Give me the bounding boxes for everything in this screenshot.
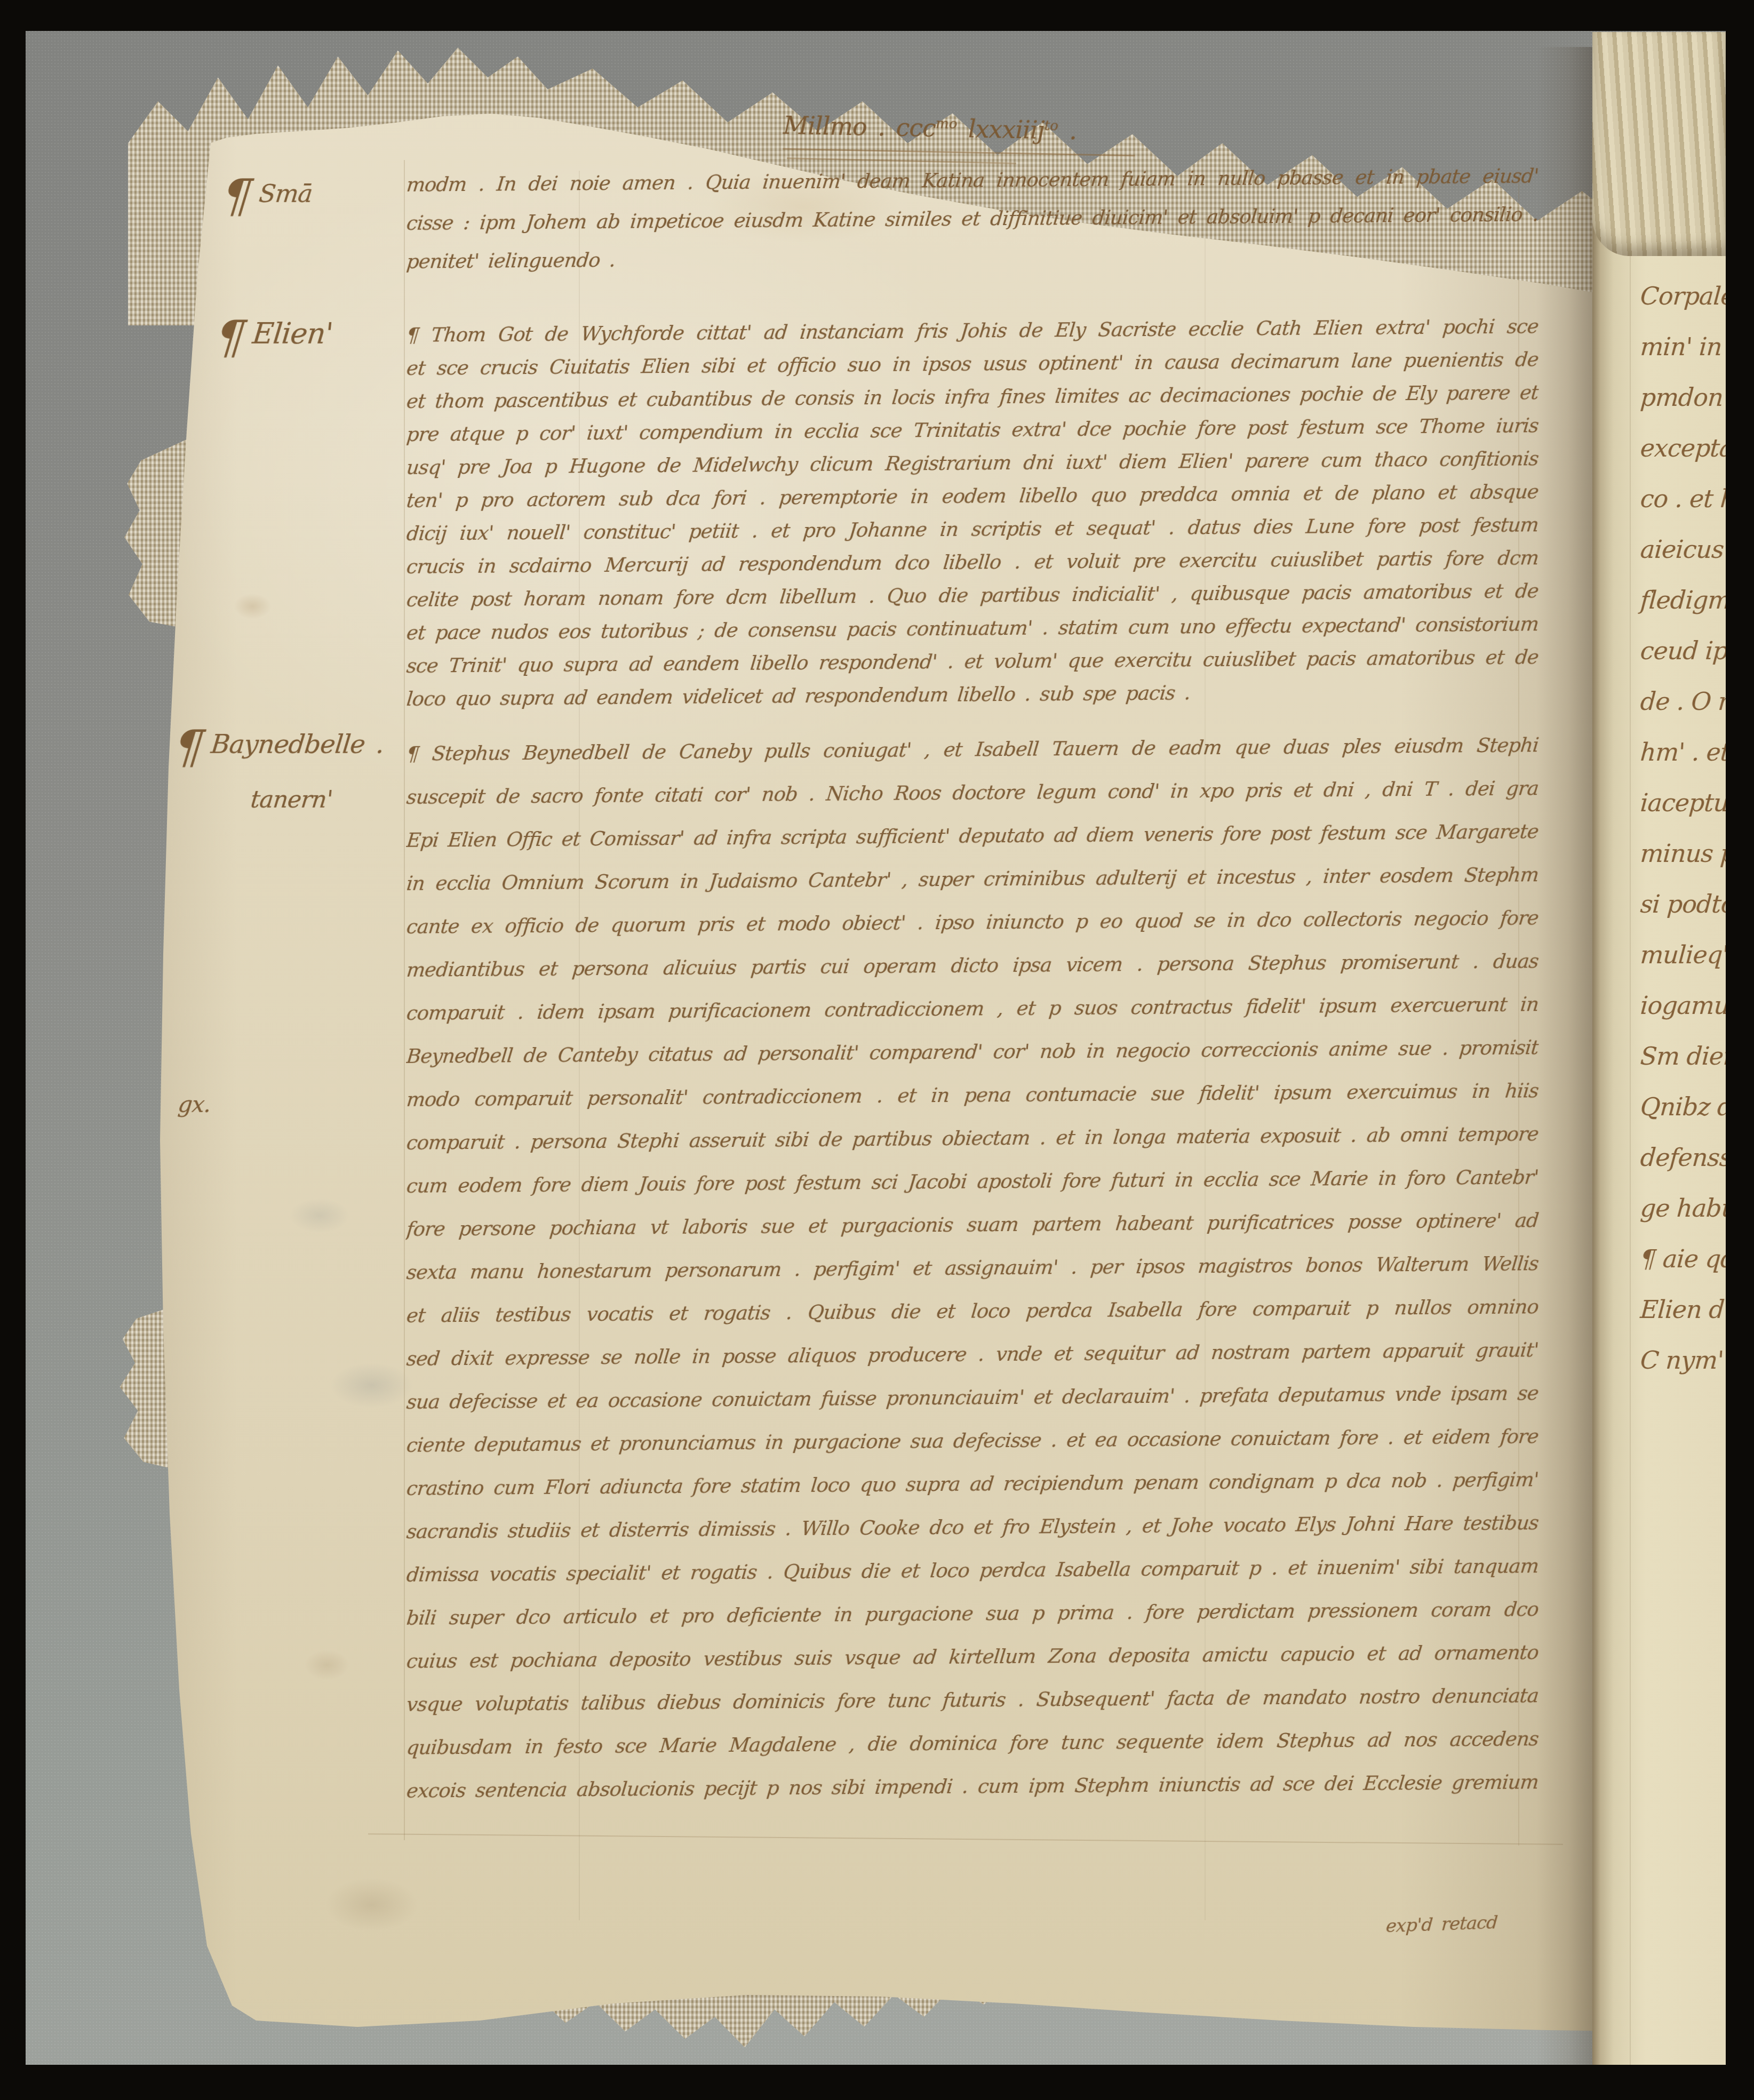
vertical-crease-left xyxy=(579,171,580,1920)
facing-page-line: Corpale xyxy=(1639,282,1726,310)
facing-page-line: pmdon xyxy=(1639,383,1726,412)
facing-page-line: minus ps xyxy=(1639,839,1726,868)
facing-page-crease xyxy=(1630,47,1631,2065)
facing-page-line: Elien d xyxy=(1639,1295,1726,1324)
facing-page-curled-edge xyxy=(1592,32,1726,256)
facing-page-line: Sm diem xyxy=(1639,1042,1726,1071)
facing-page-line: ge habuit xyxy=(1639,1194,1726,1223)
facing-page-sliver: Corpalemin' inpmdonexceptam'co . et haai… xyxy=(1592,47,1726,2065)
facing-page-line: exceptam' xyxy=(1639,434,1726,462)
facing-page-line: co . et ha xyxy=(1639,484,1726,513)
facing-page-line: fledigm' xyxy=(1639,586,1726,614)
facing-page-line: hm' . et xyxy=(1639,738,1726,766)
facing-page-line: iogamus xyxy=(1639,991,1726,1020)
facing-page-line: C nym' xyxy=(1639,1346,1726,1375)
facing-page-line: Qnibz d xyxy=(1639,1092,1726,1121)
ruled-margin-line-right xyxy=(1518,176,1519,1846)
manuscript-page xyxy=(133,47,1623,2045)
facing-page-line: mulieq'd xyxy=(1639,940,1726,969)
facing-page-line: de . O n xyxy=(1639,687,1726,716)
facing-page-line: min' in xyxy=(1639,332,1726,361)
facing-page-line: ceud ipm xyxy=(1639,636,1726,665)
facing-page-line: ¶ aie qd xyxy=(1639,1244,1726,1273)
ruled-margin-line-left xyxy=(404,160,405,1840)
facing-page-line: aieicus p xyxy=(1639,535,1726,564)
archival-photograph: { "colors":{ "frame":"#0c0a07", "mat_gra… xyxy=(0,0,1754,2100)
facing-page-line: defensso xyxy=(1639,1143,1726,1172)
vertical-crease-right xyxy=(1205,160,1206,1920)
facing-page-line: si podto xyxy=(1639,890,1726,919)
facing-page-line: iaceptus xyxy=(1639,788,1726,817)
